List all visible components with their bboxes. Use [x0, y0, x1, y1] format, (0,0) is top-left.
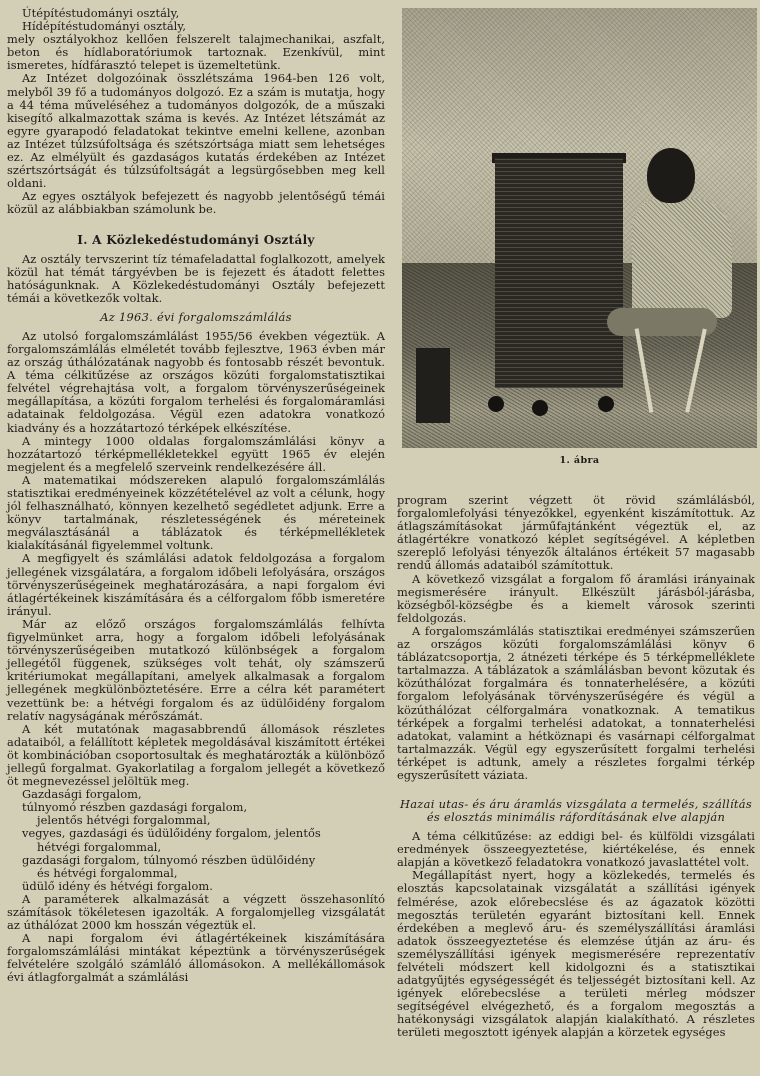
subheading: Az 1963. évi forgalomszámlálás — [7, 311, 385, 324]
paragraph: A megfigyelt és számlálási adatok feldol… — [7, 552, 385, 617]
paragraph: A két mutatónak magasabbrendű állomások … — [7, 723, 385, 788]
photo-person-legs — [607, 308, 717, 336]
paragraph: Az osztály tervszerint tíz témafeladatta… — [7, 253, 385, 305]
photo-person-head — [647, 148, 695, 203]
right-column: program szerint végzett öt rövid számlál… — [397, 494, 755, 1040]
left-column: Útépítéstudományi osztály, Hídépítéstudo… — [7, 7, 385, 985]
photo-wheel — [532, 400, 548, 416]
paragraph: A téma célkitűzése: az eddigi bel- és kü… — [397, 830, 755, 869]
paragraph: Már az előző országos forgalomszámlálás … — [7, 618, 385, 723]
paragraph: A forgalomszámlálás statisztikai eredmén… — [397, 625, 755, 782]
paragraph: program szerint végzett öt rövid számlál… — [397, 494, 755, 573]
paragraph: A mintegy 1000 oldalas forgalomszámlálás… — [7, 435, 385, 474]
photo-counting-machine — [495, 158, 623, 388]
paragraph: A matematikai módszereken alapuló forgal… — [7, 474, 385, 553]
figure-caption: 1. ábra — [402, 455, 757, 466]
list-item: gazdasági forgalom, túlnyomó részben üdü… — [7, 854, 385, 867]
paragraph: mely osztályokhoz kellően felszerelt tal… — [7, 33, 385, 72]
paragraph: Megállapítást nyert, hogy a közlekedés, … — [397, 869, 755, 1039]
paragraph: A napi forgalom évi átlagértékeinek kisz… — [7, 932, 385, 984]
section-heading: I. A Közlekedéstudományi Osztály — [7, 233, 385, 247]
photo-wheel — [598, 396, 614, 412]
paragraph: Az Intézet dolgozóinak összlétszáma 1964… — [7, 72, 385, 190]
paragraph: A paraméterek alkalmazását a végzett öss… — [7, 893, 385, 932]
paragraph: Az egyes osztályok befejezett és nagyobb… — [7, 190, 385, 216]
photo-box — [416, 348, 450, 423]
figure-photo — [402, 8, 757, 448]
photo-wheel — [488, 396, 504, 412]
paragraph: A következő vizsgálat a forgalom fő áram… — [397, 573, 755, 625]
list-item: vegyes, gazdasági és üdülőidény forgalom… — [7, 827, 385, 840]
list-item: és hétvégi forgalommal, — [7, 867, 385, 880]
paragraph: Az utolsó forgalomszámlálást 1955/56 éve… — [7, 330, 385, 435]
list-item: üdülő idény és hétvégi forgalom. — [7, 880, 385, 893]
list-item: hétvégi forgalommal, — [7, 841, 385, 854]
traffic-type-list: Gazdasági forgalom, túlnyomó részben gaz… — [7, 788, 385, 893]
photo-person-body — [632, 198, 732, 318]
subheading: Hazai utas- és áru áramlás vizsgálata a … — [397, 798, 755, 824]
